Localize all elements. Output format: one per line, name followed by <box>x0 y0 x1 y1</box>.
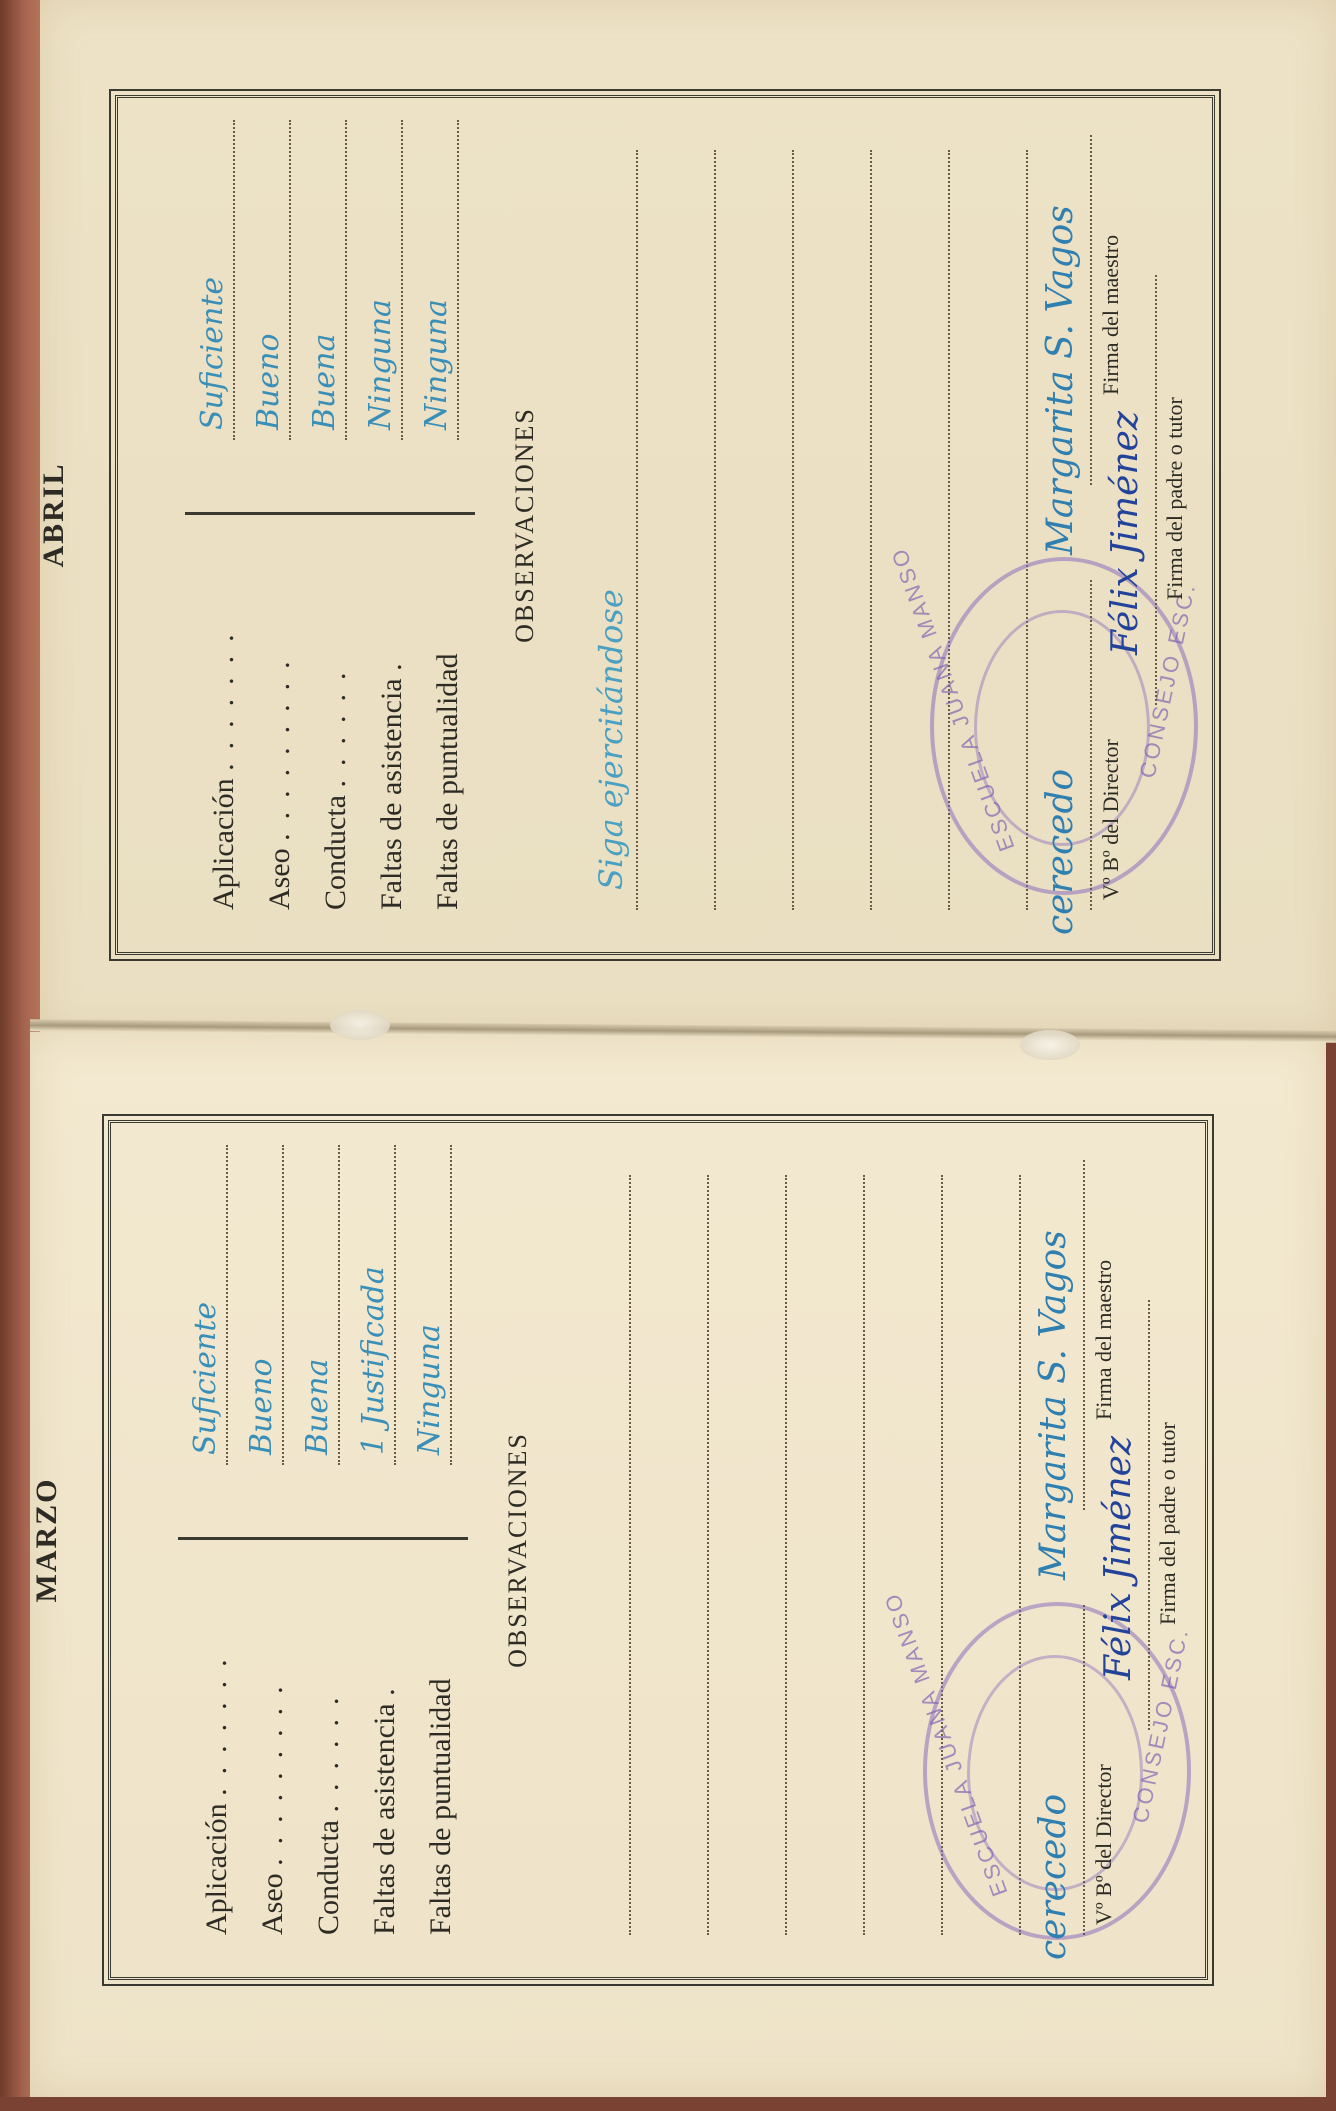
grade-rows: Aplicación ....... Suficiente Aseo .....… <box>185 130 465 910</box>
observation-line <box>709 1175 787 1935</box>
grade-row-aseo: Aseo ......... Bueno <box>234 1155 290 1935</box>
observation-line <box>716 150 794 910</box>
parent-signature: Félix Jiménez <box>1098 1436 1139 1680</box>
observation-line <box>638 150 716 910</box>
report-card-abril: ABRIL Aplicación ....... Suficiente Aseo… <box>115 75 1215 955</box>
field-value: Suficiente <box>193 120 235 440</box>
observation-text: Siga ejercitándose <box>592 589 630 890</box>
field-label: Aseo <box>263 848 296 910</box>
signature-line <box>1090 580 1092 910</box>
field-value: Ninguna <box>361 120 403 440</box>
field-value: 1 Justificada <box>354 1145 396 1465</box>
field-label: Conducta <box>312 1820 345 1935</box>
booklet-cover-bottom <box>0 2097 1336 2111</box>
observation-line <box>787 1175 865 1935</box>
teacher-signature: Margarita S. Vagos <box>1040 205 1081 555</box>
director-label: Vº Bº del Director <box>1091 1764 1117 1925</box>
director-signature: cerecedo <box>1033 1794 1074 1960</box>
observation-line: Siga ejercitándose <box>560 150 638 910</box>
grade-row-faltas-puntualidad: Faltas de puntualidad Ninguna <box>402 1155 458 1935</box>
field-label: Aplicación <box>200 1803 233 1935</box>
observation-line <box>872 150 950 910</box>
observations-title: OBSERVACIONES <box>503 1120 533 1980</box>
parent-label: Firma del padre o tutor <box>1162 397 1188 600</box>
field-label: Faltas de asistencia <box>375 678 408 910</box>
director-label: Vº Bº del Director <box>1098 739 1124 900</box>
observation-line <box>631 1175 709 1935</box>
signature-line <box>1148 1300 1150 1730</box>
field-label: Faltas de puntualidad <box>431 480 465 910</box>
field-value: Suficiente <box>186 1145 228 1465</box>
grade-row-faltas-puntualidad: Faltas de puntualidad Ninguna <box>409 130 465 910</box>
signature-line <box>1083 1605 1085 1935</box>
staple <box>330 1010 390 1040</box>
field-value: Buena <box>298 1145 340 1465</box>
field-value: Ninguna <box>410 1145 452 1465</box>
report-card-marzo: MARZO Aplicación ....... Suficiente Aseo… <box>108 1100 1208 1980</box>
field-label: Aseo <box>256 1873 289 1935</box>
grade-row-aplicacion: Aplicación ....... Suficiente <box>178 1155 234 1935</box>
grade-row-aplicacion: Aplicación ....... Suficiente <box>185 130 241 910</box>
grade-row-faltas-asistencia: Faltas de asistencia . Ninguna <box>353 130 409 910</box>
field-label: Aplicación <box>207 778 240 910</box>
observation-line <box>794 150 872 910</box>
field-value: Buena <box>305 120 347 440</box>
signature-line <box>1155 275 1157 705</box>
month-title: MARZO <box>30 1100 64 1980</box>
grade-row-aseo: Aseo ......... Bueno <box>241 130 297 910</box>
booklet-cover-right <box>1326 1030 1336 2111</box>
parent-label: Firma del padre o tutor <box>1155 1422 1181 1625</box>
staple <box>1020 1030 1080 1060</box>
month-title: ABRIL <box>37 75 71 955</box>
signature-block: ESCUELA JUANA MANSO CONSEJO ESC. cereced… <box>1043 1120 1193 1980</box>
teacher-signature: Margarita S. Vagos <box>1033 1230 1074 1580</box>
observation-line <box>553 1175 631 1935</box>
signature-line <box>1090 135 1092 485</box>
grade-row-conducta: Conducta ...... Buena <box>290 1155 346 1935</box>
grade-row-faltas-asistencia: Faltas de asistencia . 1 Justificada <box>346 1155 402 1935</box>
teacher-label: Firma del maestro <box>1098 235 1124 395</box>
field-label: Faltas de puntualidad <box>424 1505 458 1935</box>
director-signature: cerecedo <box>1040 769 1081 935</box>
teacher-label: Firma del maestro <box>1091 1260 1117 1420</box>
field-value: Bueno <box>242 1145 284 1465</box>
field-label: Conducta <box>319 795 352 910</box>
field-value: Ninguna <box>417 120 459 440</box>
signature-line <box>1083 1160 1085 1510</box>
field-value: Bueno <box>249 120 291 440</box>
signature-block: ESCUELA JUANA MANSO CONSEJO ESC. cereced… <box>1050 95 1200 955</box>
field-label: Faltas de asistencia <box>368 1703 401 1935</box>
grade-row-conducta: Conducta ...... Buena <box>297 130 353 910</box>
parent-signature: Félix Jiménez <box>1105 411 1146 655</box>
observations-title: OBSERVACIONES <box>510 95 540 955</box>
grade-rows: Aplicación ....... Suficiente Aseo .....… <box>178 1155 458 1935</box>
